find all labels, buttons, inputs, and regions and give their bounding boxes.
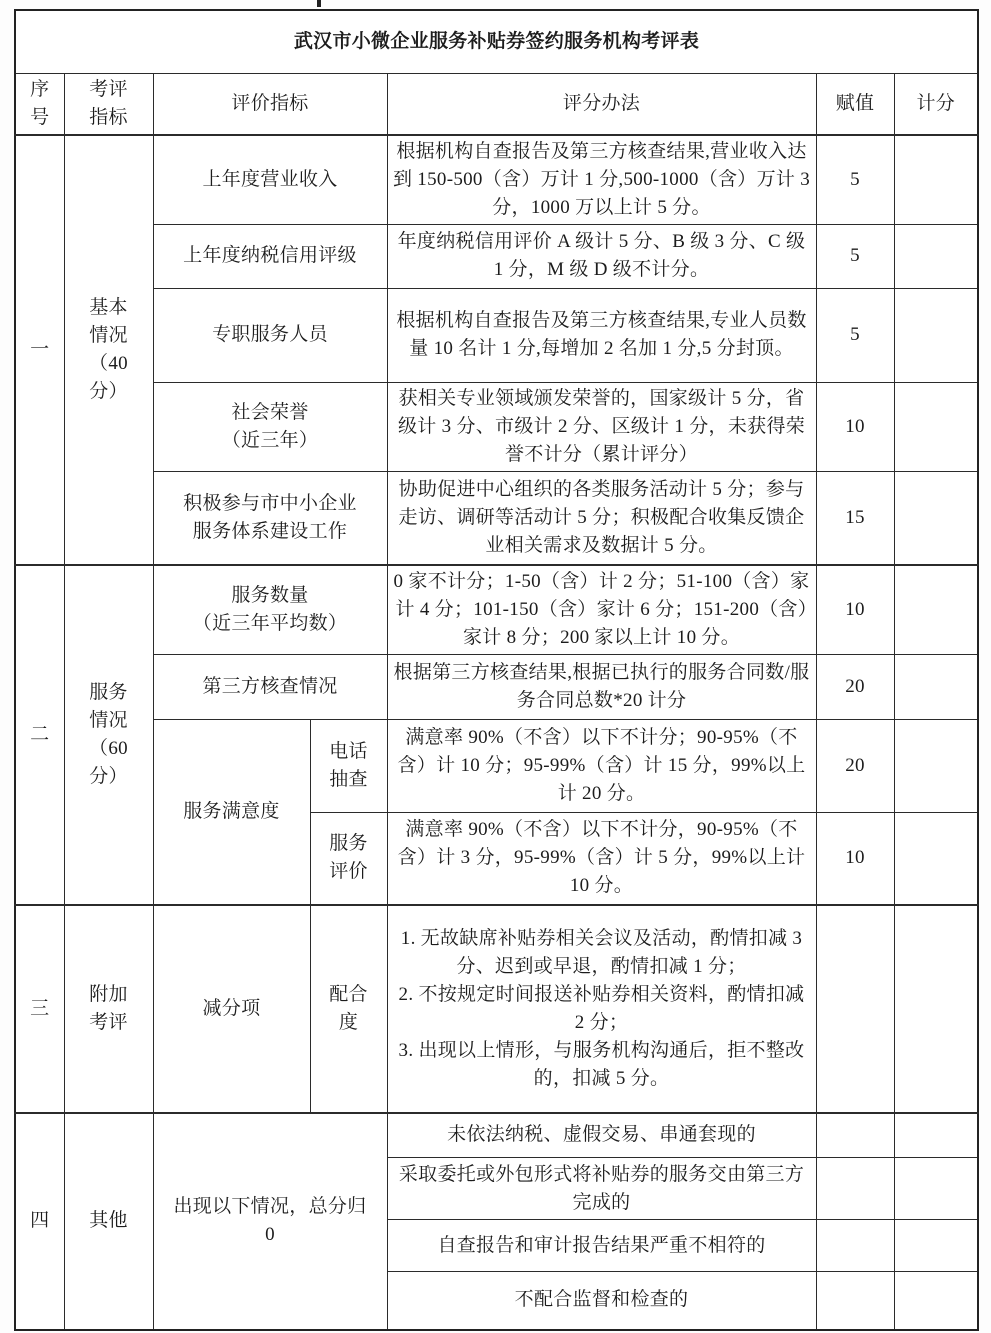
score-cell (894, 655, 978, 720)
section-category-2: 服务 情况 （60 分） (64, 565, 153, 905)
section-category-4: 其他 (64, 1113, 153, 1330)
weight-cell: 20 (816, 655, 894, 720)
method-cell: 未依法纳税、虚假交易、串通套现的 (387, 1113, 816, 1158)
weight-cell: 15 (816, 471, 894, 565)
indicator-cell: 减分项 (153, 905, 310, 1113)
table-title: 武汉市小微企业服务补贴券签约服务机构考评表 (15, 10, 978, 73)
indicator-cell: 社会荣誉 （近三年） (153, 382, 387, 471)
score-cell (894, 720, 978, 813)
weight-cell: 10 (816, 565, 894, 655)
section-index-1: 一 (15, 135, 64, 566)
method-cell: 不配合监督和检查的 (387, 1272, 816, 1330)
weight-cell: 10 (816, 813, 894, 905)
method-cell: 满意率 90%（不含）以下不计分，90-95%（不含）计 3 分，95-99%（… (387, 813, 816, 905)
weight-cell (816, 905, 894, 1113)
score-cell (894, 224, 978, 288)
score-cell (894, 1158, 978, 1220)
sub-indicator-cell: 电话 抽查 (310, 720, 387, 813)
col-header-score: 计分 (894, 73, 978, 135)
weight-cell: 5 (816, 135, 894, 225)
section-index-3: 三 (15, 905, 64, 1113)
group-indicator-cell: 出现以下情况，总分归 0 (153, 1113, 387, 1330)
col-header-indicator: 评价指标 (153, 73, 387, 135)
score-cell (894, 382, 978, 471)
score-cell (894, 471, 978, 565)
method-cell: 0 家不计分；1-50（含）计 2 分；51-100（含）家计 4 分；101-… (387, 565, 816, 655)
indicator-cell: 积极参与市中小企业 服务体系建设工作 (153, 471, 387, 565)
method-cell: 根据机构自查报告及第三方核查结果,专业人员数量 10 名计 1 分,每增加 2 … (387, 288, 816, 382)
score-cell (894, 905, 978, 1113)
col-header-method: 评分办法 (387, 73, 816, 135)
method-cell: 根据第三方核查结果,根据已执行的服务合同数/服务合同总数*20 计分 (387, 655, 816, 720)
method-cell: 协助促进中心组织的各类服务活动计 5 分；参与走访、调研等活动计 5 分；积极配… (387, 471, 816, 565)
score-cell (894, 565, 978, 655)
weight-cell (816, 1272, 894, 1330)
cropped-text-artifact (317, 0, 321, 7)
weight-cell (816, 1158, 894, 1220)
score-cell (894, 288, 978, 382)
sub-indicator-cell: 服务 评价 (310, 813, 387, 905)
method-cell: 获相关专业领域颁发荣誉的，国家级计 5 分，省级计 3 分、市级计 2 分、区级… (387, 382, 816, 471)
section-index-4: 四 (15, 1113, 64, 1330)
section-index-2: 二 (15, 565, 64, 905)
score-cell (894, 1220, 978, 1272)
indicator-cell: 上年度纳税信用评级 (153, 224, 387, 288)
indicator-cell: 服务满意度 (153, 720, 310, 905)
method-cell: 年度纳税信用评价 A 级计 5 分、B 级 3 分、C 级 1 分，M 级 D … (387, 224, 816, 288)
method-cell: 根据机构自查报告及第三方核查结果,营业收入达到 150-500（含）万计 1 分… (387, 135, 816, 225)
col-header-category: 考评 指标 (64, 73, 153, 135)
indicator-cell: 服务数量 （近三年平均数） (153, 565, 387, 655)
score-cell (894, 813, 978, 905)
method-cell: 1. 无故缺席补贴券相关会议及活动，酌情扣减 3 分、迟到或早退，酌情扣减 1 … (387, 905, 816, 1113)
weight-cell (816, 1220, 894, 1272)
score-cell (894, 135, 978, 225)
sub-indicator-cell: 配合 度 (310, 905, 387, 1113)
weight-cell: 5 (816, 224, 894, 288)
indicator-cell: 上年度营业收入 (153, 135, 387, 225)
evaluation-table: 武汉市小微企业服务补贴券签约服务机构考评表 序 号 考评 指标 评价指标 评分办… (14, 9, 979, 1331)
method-cell: 自查报告和审计报告结果严重不相符的 (387, 1220, 816, 1272)
score-cell (894, 1272, 978, 1330)
indicator-cell: 第三方核查情况 (153, 655, 387, 720)
scanned-document-page: { "table": { "title": "武汉市小微企业服务补贴券签约服务机… (0, 0, 991, 1333)
section-category-3: 附加 考评 (64, 905, 153, 1113)
method-cell: 采取委托或外包形式将补贴券的服务交由第三方完成的 (387, 1158, 816, 1220)
section-category-1: 基本 情况 （40 分） (64, 135, 153, 566)
score-cell (894, 1113, 978, 1158)
weight-cell: 10 (816, 382, 894, 471)
weight-cell: 5 (816, 288, 894, 382)
method-cell: 满意率 90%（不含）以下不计分；90-95%（不含）计 10 分；95-99%… (387, 720, 816, 813)
col-header-weight: 赋值 (816, 73, 894, 135)
weight-cell: 20 (816, 720, 894, 813)
weight-cell (816, 1113, 894, 1158)
col-header-index: 序 号 (15, 73, 64, 135)
indicator-cell: 专职服务人员 (153, 288, 387, 382)
